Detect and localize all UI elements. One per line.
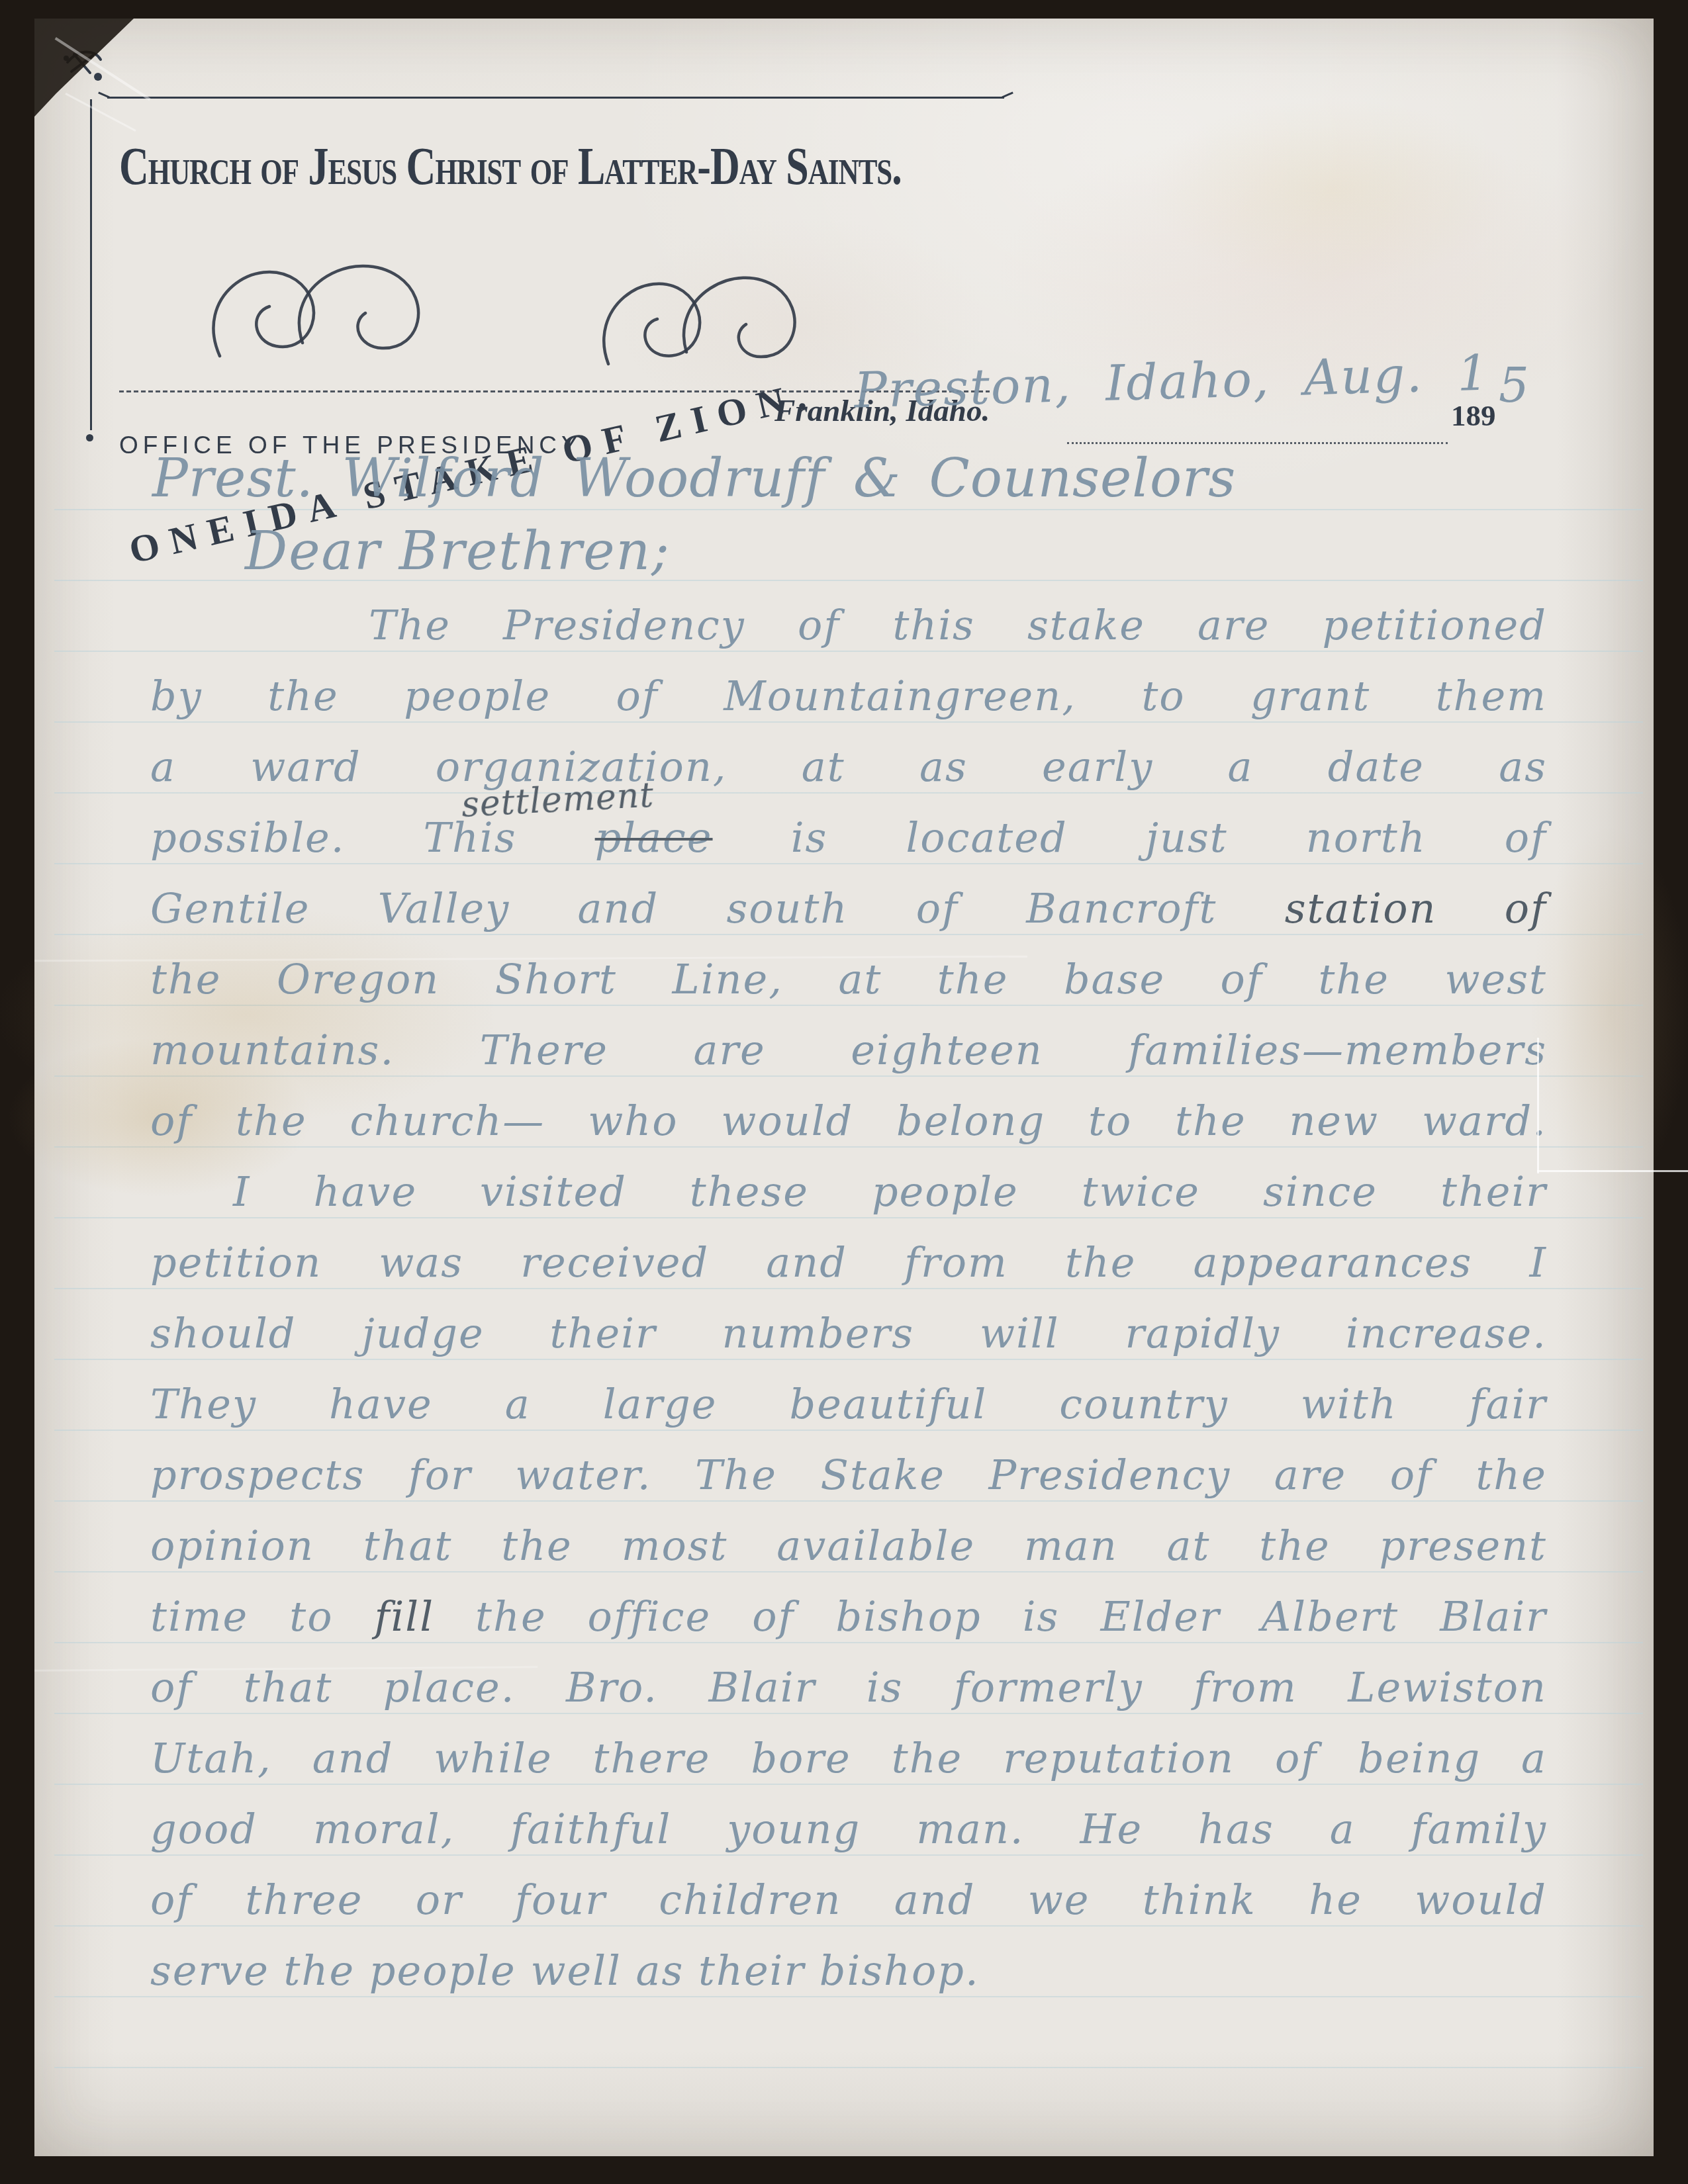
handwritten-text: opinion that the most available man at t…: [150, 1522, 1547, 1570]
salutation-line: Dear Brethren;: [245, 520, 671, 582]
letterhead-left-rule: [90, 99, 92, 430]
handwritten-line: by the people of Mountaingreen, to grant…: [150, 672, 1547, 743]
handwritten-line: possible. This place is located just nor…: [150, 813, 1547, 884]
handwritten-text: fill: [375, 1592, 434, 1641]
handwritten-text: I have visited these people twice since …: [233, 1167, 1547, 1216]
handwritten-line: petition was received and from the appea…: [150, 1238, 1547, 1309]
handwritten-line: They have a large beautiful country with…: [150, 1380, 1547, 1451]
handwritten-text: should judge their numbers will rapidly …: [150, 1309, 1547, 1357]
handwritten-line: of that place. Bro. Blair is formerly fr…: [150, 1663, 1547, 1734]
handwritten-line: should judge their numbers will rapidly …: [150, 1309, 1547, 1380]
printed-dateline-year: 189: [1451, 398, 1496, 433]
handwritten-text: serve the people well as their bishop.: [150, 1946, 980, 1995]
ink-bleedthrough: [1147, 98, 1517, 283]
letter-body: The Presidency of this stake are petitio…: [150, 601, 1547, 2017]
handwritten-line: mountains. There are eighteen families—m…: [150, 1026, 1547, 1097]
handwritten-text: good moral, faithful young man. He has a…: [150, 1805, 1547, 1853]
scan-artifact-bracket: [1537, 1038, 1539, 1173]
scroll-flourish-icon: [594, 258, 819, 394]
handwritten-text: of the church— who would belong to the n…: [150, 1097, 1547, 1145]
handwritten-text: They have a large beautiful country with…: [150, 1380, 1547, 1428]
handwritten-line: a ward organization, at as early a date …: [150, 743, 1547, 813]
handwritten-dateline: Preston, Idaho, Aug. 1: [853, 345, 1491, 420]
handwritten-line: serve the people well as their bishop.: [150, 1946, 1547, 2017]
handwritten-text: Utah, and while there bore the reputatio…: [150, 1734, 1547, 1782]
dateline-dotted-leader: [1067, 416, 1448, 444]
handwritten-text: prospects for water. The Stake Presidenc…: [150, 1451, 1547, 1499]
handwritten-line: The Presidency of this stake are petitio…: [150, 601, 1547, 672]
letterhead-rule-dot: [86, 434, 93, 441]
scan-artifact-bracket: [1537, 1170, 1688, 1172]
handwritten-text: the office of bishop is Elder Albert Bla…: [434, 1592, 1547, 1641]
handwritten-text: is located just north of: [713, 813, 1547, 862]
handwritten-line: the Oregon Short Line, at the base of th…: [150, 955, 1547, 1026]
handwritten-line: Gentile Valley and south of Bancroft sta…: [150, 884, 1547, 955]
handwritten-text: The Presidency of this stake are petitio…: [369, 601, 1547, 649]
handwritten-text: of three or four children and we think h…: [150, 1876, 1547, 1924]
struck-word: place: [595, 813, 713, 862]
handwritten-text: time to: [150, 1592, 375, 1641]
handwritten-text: of that place. Bro. Blair is formerly fr…: [150, 1663, 1547, 1711]
handwritten-text: station of: [1285, 884, 1547, 933]
handwritten-text: the Oregon Short Line, at the base of th…: [150, 955, 1547, 1003]
handwritten-line: time to fill the office of bishop is Eld…: [150, 1592, 1547, 1663]
handwritten-text: Gentile Valley and south of Bancroft: [150, 884, 1285, 933]
handwritten-text: petition was received and from the appea…: [150, 1238, 1547, 1287]
handwritten-line: of three or four children and we think h…: [150, 1876, 1547, 1946]
handwritten-line: opinion that the most available man at t…: [150, 1522, 1547, 1592]
handwritten-line: I have visited these people twice since …: [150, 1167, 1547, 1238]
recipient-line: Prest. Wilford Woodruff & Counselors: [152, 447, 1236, 509]
handwritten-text: mountains. There are eighteen families—m…: [150, 1026, 1547, 1074]
handwritten-line: of the church— who would belong to the n…: [150, 1097, 1547, 1167]
handwritten-text: by the people of Mountaingreen, to grant…: [150, 672, 1547, 720]
handwritten-text: a ward organization, at as early a date …: [150, 743, 1547, 791]
letter-page: Church of Jesus Christ of Latter-Day Sai…: [34, 19, 1654, 2156]
handwritten-line: Utah, and while there bore the reputatio…: [150, 1734, 1547, 1805]
handwritten-line: prospects for water. The Stake Presidenc…: [150, 1451, 1547, 1522]
handwritten-year-digit: 5: [1499, 357, 1529, 413]
handwritten-line: good moral, faithful young man. He has a…: [150, 1805, 1547, 1876]
scroll-flourish-icon: [203, 244, 442, 386]
letterhead-top-rule: [107, 97, 1004, 99]
letterhead-church-name: Church of Jesus Christ of Latter-Day Sai…: [119, 136, 1006, 197]
